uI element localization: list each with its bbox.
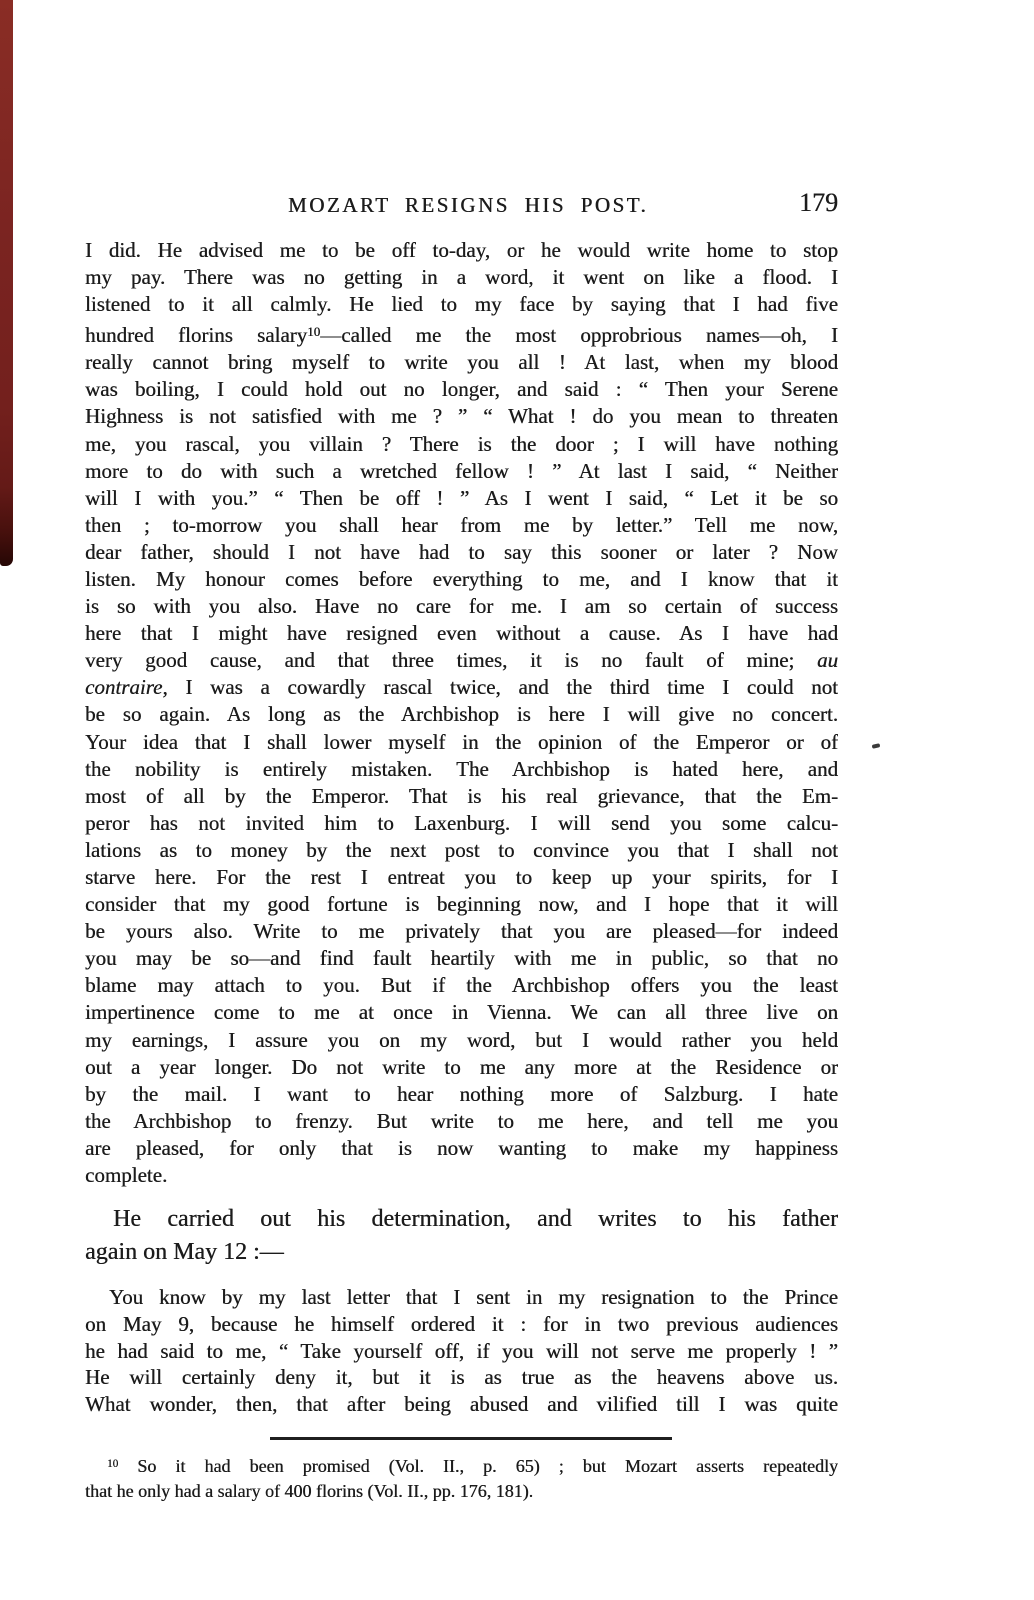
text-line: are pleased, for only that is now wantin… bbox=[85, 1135, 838, 1162]
text-line: you may be so—and find fault heartily wi… bbox=[85, 945, 838, 972]
text-line: listen. My honour comes before everythin… bbox=[85, 566, 838, 593]
text-line: Your idea that I shall lower myself in t… bbox=[85, 729, 838, 756]
text-line: again on May 12 :— bbox=[85, 1236, 838, 1269]
text-line: starve here. For the rest I entreat you … bbox=[85, 864, 838, 891]
scanned-book-page: MOZART RESIGNS HIS POST. 179 I did. He a… bbox=[0, 0, 1034, 1600]
text-line: I did. He advised me to be off to-day, o… bbox=[85, 237, 838, 264]
text-line: really cannot bring myself to write you … bbox=[85, 349, 838, 376]
footnote-divider-rule bbox=[270, 1437, 672, 1440]
text-line: dear father, should I not have had to sa… bbox=[85, 539, 838, 566]
text-line: here that I might have resigned even wit… bbox=[85, 620, 838, 647]
text-line: out a year longer. Do not write to me an… bbox=[85, 1054, 838, 1081]
text-line: be yours also. Write to me privately tha… bbox=[85, 918, 838, 945]
text-line: me, you rascal, you villain ? There is t… bbox=[85, 431, 838, 458]
text-line: more to do with such a wretched fellow !… bbox=[85, 458, 838, 485]
text-line: the nobility is entirely mistaken. The A… bbox=[85, 756, 838, 783]
text-line: on May 9, because he himself ordered it … bbox=[85, 1311, 838, 1338]
text-line: the Archbishop to frenzy. But write to m… bbox=[85, 1108, 838, 1135]
text-line: hundred florins salary10—called me the m… bbox=[85, 318, 838, 349]
text-line: listened to it all calmly. He lied to my… bbox=[85, 291, 838, 318]
text-line: he had said to me, “ Take yourself off, … bbox=[85, 1338, 838, 1365]
text-line: blame may attach to you. But if the Arch… bbox=[85, 972, 838, 999]
text-line: He will certainly deny it, but it is as … bbox=[85, 1364, 838, 1391]
text-line: 10 So it had been promised (Vol. II., p.… bbox=[85, 1452, 838, 1479]
text-line: peror has not invited him to Laxenburg. … bbox=[85, 810, 838, 837]
text-line: You know by my last letter that I sent i… bbox=[85, 1284, 838, 1311]
text-line: by the mail. I want to hear nothing more… bbox=[85, 1081, 838, 1108]
text-line: was boiling, I could hold out no longer,… bbox=[85, 376, 838, 403]
text-line: contraire, I was a cowardly rascal twice… bbox=[85, 674, 838, 701]
text-line: be so again. As long as the Archbishop i… bbox=[85, 701, 838, 728]
letter-excerpt-paragraph: I did. He advised me to be off to-day, o… bbox=[85, 237, 838, 1189]
running-head-title: MOZART RESIGNS HIS POST. bbox=[288, 193, 648, 218]
text-line: my pay. There was no getting in a word, … bbox=[85, 264, 838, 291]
text-line: that he only had a salary of 400 florins… bbox=[85, 1479, 838, 1504]
narrative-paragraph: He carried out his determination, and wr… bbox=[85, 1203, 838, 1269]
second-letter-excerpt-paragraph: You know by my last letter that I sent i… bbox=[85, 1284, 838, 1418]
text-line: lations as to money by the next post to … bbox=[85, 837, 838, 864]
text-line: complete. bbox=[85, 1162, 838, 1189]
text-line: is so with you also. Have no care for me… bbox=[85, 593, 838, 620]
text-line: most of all by the Emperor. That is his … bbox=[85, 783, 838, 810]
page-number: 179 bbox=[700, 188, 838, 218]
text-line: impertinence come to me at once in Vienn… bbox=[85, 999, 838, 1026]
text-line: will I with you.” “ Then be off ! ” As I… bbox=[85, 485, 838, 512]
ink-speck-artifact bbox=[872, 743, 881, 749]
text-line: He carried out his determination, and wr… bbox=[85, 1203, 838, 1236]
text-line: consider that my good fortune is beginni… bbox=[85, 891, 838, 918]
book-spine-scan-artifact bbox=[0, 0, 13, 566]
text-line: then ; to-morrow you shall hear from me … bbox=[85, 512, 838, 539]
text-line: my earnings, I assure you on my word, bu… bbox=[85, 1027, 838, 1054]
text-line: very good cause, and that three times, i… bbox=[85, 647, 838, 674]
text-line: Highness is not satisfied with me ? ” “ … bbox=[85, 403, 838, 430]
footnote-paragraph: 10 So it had been promised (Vol. II., p.… bbox=[85, 1452, 838, 1504]
text-line: What wonder, then, that after being abus… bbox=[85, 1391, 838, 1418]
